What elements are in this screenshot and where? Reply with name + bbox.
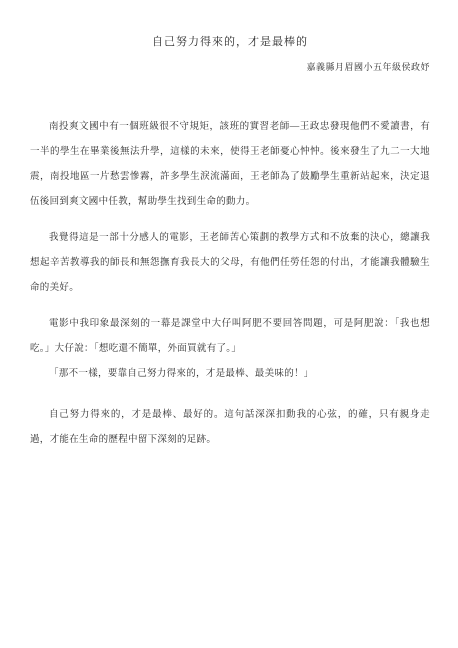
essay-paragraph: 南投爽文國中有一個班級很不守規矩，該班的實習老師—王政忠發現他們不愛讀書，有一半… xyxy=(30,115,430,215)
essay-body: 南投爽文國中有一個班級很不守規矩，該班的實習老師—王政忠發現他們不愛讀書，有一半… xyxy=(30,115,430,453)
document-page: 自己努力得來的，才是最棒的 嘉義縣月眉國小五年級侯政妤 南投爽文國中有一個班級很… xyxy=(0,0,458,648)
essay-paragraph: 自己努力得來的，才是最棒、最好的。這句話深深扣動我的心弦，的確，只有親身走過，才… xyxy=(30,403,430,453)
essay-paragraph-dialogue: 「那不一樣，要靠自己努力得來的，才是最棒、最美味的！」 xyxy=(30,362,430,387)
essay-paragraph: 我覺得這是一部十分感人的電影，王老師苦心策劃的教學方式和不放棄的決心，總讓我想起… xyxy=(30,226,430,301)
essay-title: 自己努力得來的，才是最棒的 xyxy=(30,33,430,49)
essay-paragraph: 電影中我印象最深刻的一幕是課堂中大仔叫阿肥不要回答問題，可是阿肥說：「我也想吃。… xyxy=(30,312,430,362)
essay-byline: 嘉義縣月眉國小五年級侯政妤 xyxy=(30,60,430,73)
